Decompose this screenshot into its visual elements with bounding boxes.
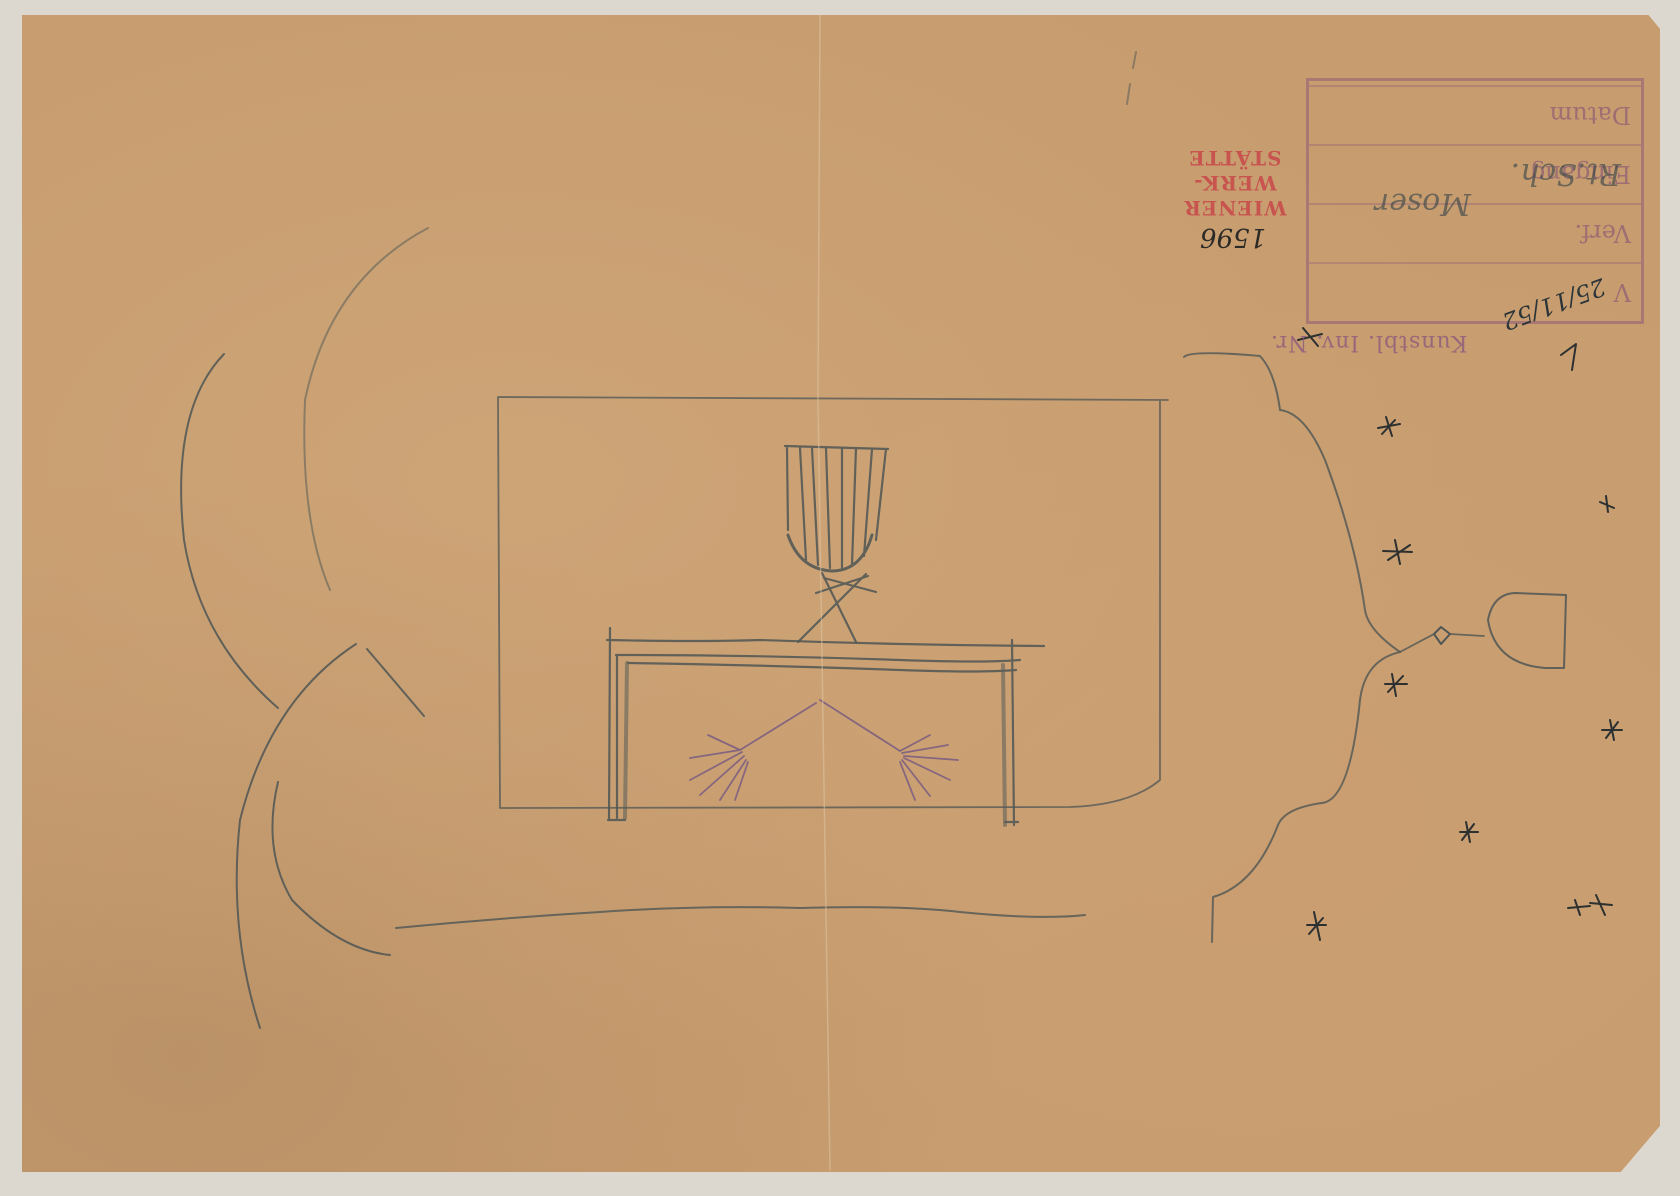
stamp-cell-v: V	[1614, 278, 1631, 306]
pendant-diamond	[1434, 627, 1450, 644]
bottom-line	[396, 907, 1085, 928]
rectangle-frame	[498, 397, 1168, 808]
margin-mark	[1127, 52, 1136, 104]
stamp-signature-2: Rt.Sch.	[1511, 156, 1621, 191]
crossed-stand	[798, 573, 876, 642]
red-stamp-line-3: STÄTTE	[1180, 145, 1290, 170]
stamp-signature-1: Moser	[1375, 186, 1471, 221]
table	[607, 628, 1044, 825]
red-stamp-line-2: WERK-	[1180, 170, 1290, 195]
pendant-cup	[1488, 593, 1566, 668]
inventory-stamp-line: Kunstbl. Inv. Nr.	[1270, 330, 1468, 355]
stamp-row-datum: Datum	[1309, 85, 1641, 144]
red-stamp-line-1: WIENER	[1180, 195, 1290, 220]
left-arcs	[181, 228, 428, 1028]
handwritten-number: 1596	[1200, 222, 1266, 252]
scalloped-outline	[1184, 353, 1400, 942]
fluted-cup	[785, 446, 888, 571]
stamp-row-verf: Verf.	[1309, 203, 1641, 262]
red-stamp: WIENER WERK- STÄTTE	[1180, 135, 1290, 220]
